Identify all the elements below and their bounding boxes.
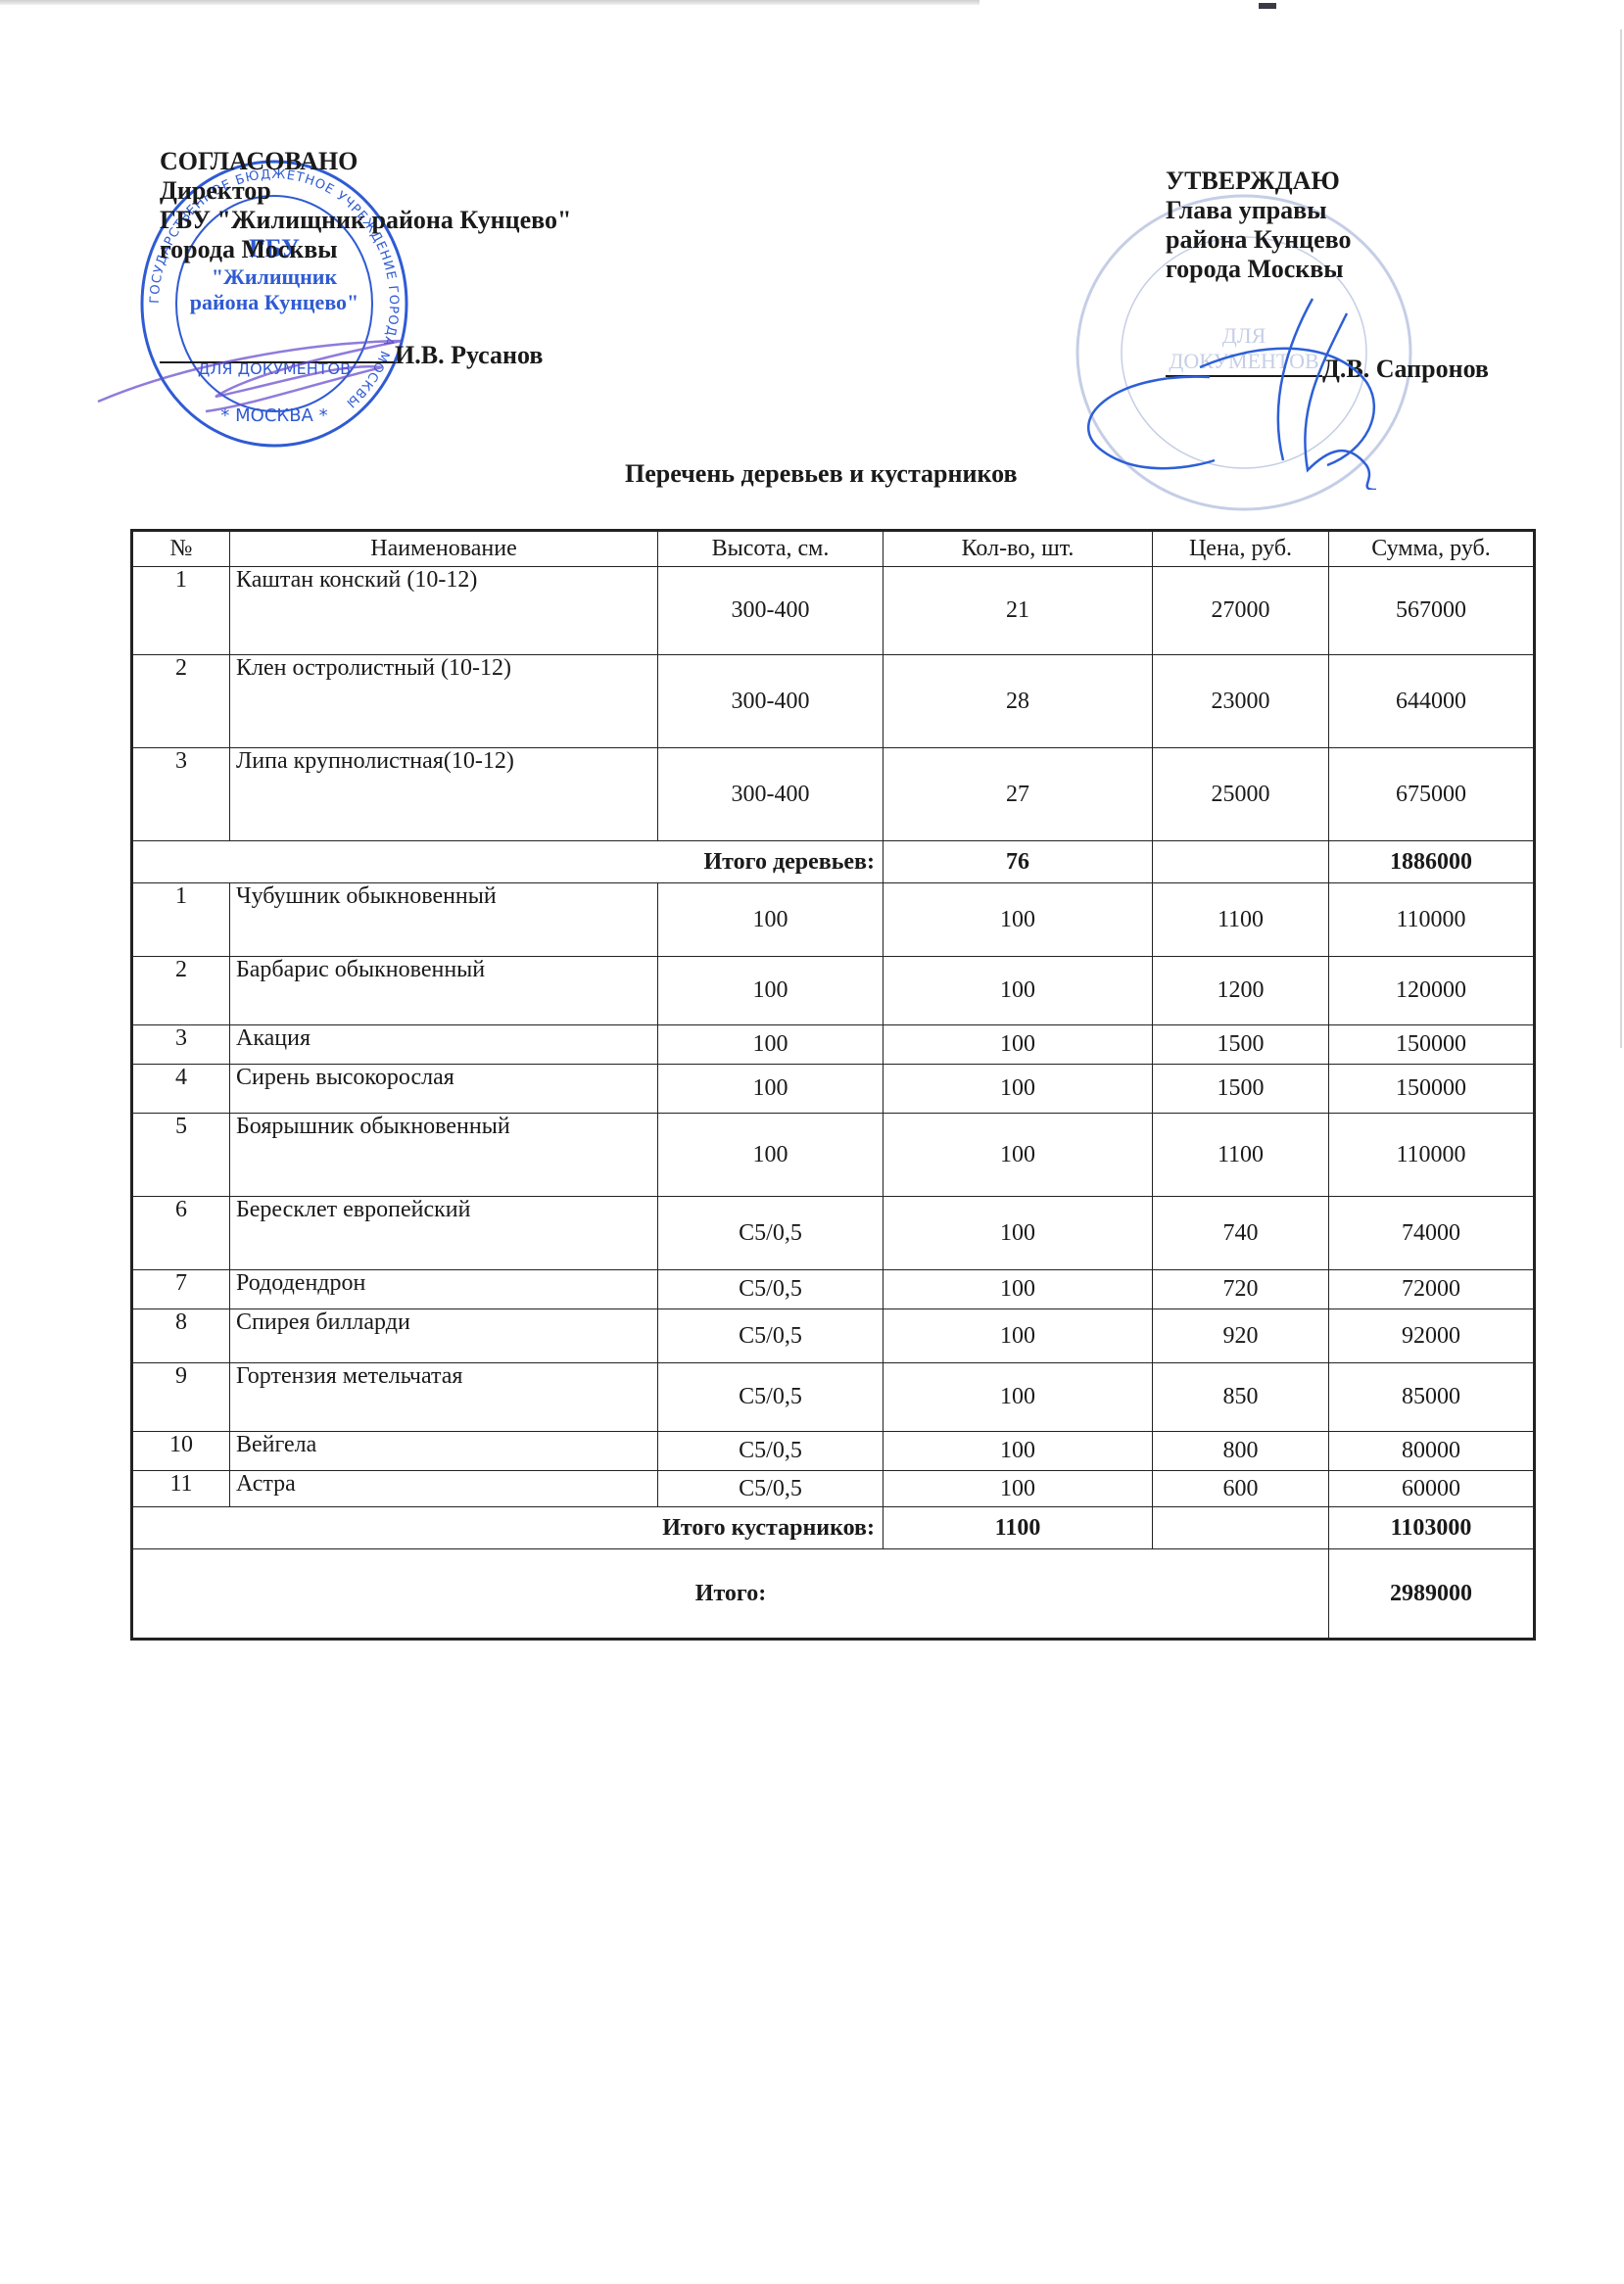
approval-right-line-3: города Москвы bbox=[1166, 255, 1352, 284]
subtotal-sum: 1886000 bbox=[1329, 841, 1535, 883]
item-number: 9 bbox=[132, 1363, 230, 1432]
item-price: 1500 bbox=[1153, 1025, 1329, 1065]
item-number: 1 bbox=[132, 883, 230, 957]
grand-total-sum: 2989000 bbox=[1329, 1549, 1535, 1640]
approval-right-signature-row: Д.В. Сапронов bbox=[1166, 355, 1489, 384]
shrub-row: 5Боярышник обыкновенный1001001100110000 bbox=[132, 1114, 1535, 1197]
item-height: 100 bbox=[658, 1065, 884, 1114]
item-sum: 80000 bbox=[1329, 1432, 1535, 1471]
item-price: 740 bbox=[1153, 1197, 1329, 1270]
item-number: 11 bbox=[132, 1471, 230, 1507]
item-height: 300-400 bbox=[658, 567, 884, 655]
item-quantity: 27 bbox=[884, 748, 1153, 841]
item-quantity: 100 bbox=[884, 883, 1153, 957]
item-name: Липа крупнолистная(10-12) bbox=[230, 748, 658, 841]
trees-total-row: Итого деревьев:761886000 bbox=[132, 841, 1535, 883]
item-number: 6 bbox=[132, 1197, 230, 1270]
shrubs-total-row: Итого кустарников:11001103000 bbox=[132, 1507, 1535, 1549]
item-price: 720 bbox=[1153, 1270, 1329, 1309]
shrub-row: 2Барбарис обыкновенный1001001200120000 bbox=[132, 957, 1535, 1025]
item-sum: 60000 bbox=[1329, 1471, 1535, 1507]
header-sum: Сумма, руб. bbox=[1329, 531, 1535, 567]
approval-right-heading: УТВЕРЖДАЮ bbox=[1166, 167, 1352, 196]
stamp-left-city: * МОСКВА * bbox=[220, 405, 327, 426]
approval-left-line-2: ГБУ "Жилищник района Кунцево" bbox=[160, 206, 571, 235]
subtotal-label: Итого кустарников: bbox=[132, 1507, 884, 1549]
item-name: Чубушник обыкновенный bbox=[230, 883, 658, 957]
signature-line bbox=[160, 360, 395, 363]
item-quantity: 100 bbox=[884, 1114, 1153, 1197]
item-price: 600 bbox=[1153, 1471, 1329, 1507]
item-sum: 92000 bbox=[1329, 1309, 1535, 1363]
item-name: Акация bbox=[230, 1025, 658, 1065]
approval-left-line-1: Директор bbox=[160, 176, 571, 206]
item-height: С5/0,5 bbox=[658, 1363, 884, 1432]
item-sum: 85000 bbox=[1329, 1363, 1535, 1432]
item-quantity: 100 bbox=[884, 1270, 1153, 1309]
shrub-row: 11АстраС5/0,510060060000 bbox=[132, 1471, 1535, 1507]
tree-row: 3Липа крупнолистная(10-12)300-4002725000… bbox=[132, 748, 1535, 841]
shrub-row: 1Чубушник обыкновенный1001001100110000 bbox=[132, 883, 1535, 957]
item-name: Каштан конский (10-12) bbox=[230, 567, 658, 655]
item-name: Барбарис обыкновенный bbox=[230, 957, 658, 1025]
item-sum: 675000 bbox=[1329, 748, 1535, 841]
item-price: 25000 bbox=[1153, 748, 1329, 841]
approval-right-line-1: Глава управы bbox=[1166, 196, 1352, 225]
item-number: 10 bbox=[132, 1432, 230, 1471]
subtotal-label: Итого деревьев: bbox=[132, 841, 884, 883]
tree-row: 1Каштан конский (10-12)300-4002127000567… bbox=[132, 567, 1535, 655]
item-quantity: 100 bbox=[884, 1363, 1153, 1432]
item-height: С5/0,5 bbox=[658, 1309, 884, 1363]
item-sum: 120000 bbox=[1329, 957, 1535, 1025]
item-sum: 110000 bbox=[1329, 1114, 1535, 1197]
approval-right-line-2: района Кунцево bbox=[1166, 225, 1352, 255]
item-name: Вейгела bbox=[230, 1432, 658, 1471]
stamp-right-center-1: ДЛЯ bbox=[1222, 323, 1266, 348]
item-price: 1100 bbox=[1153, 1114, 1329, 1197]
approval-left-signature-row: И.В. Русанов bbox=[160, 341, 543, 370]
item-height: 100 bbox=[658, 1025, 884, 1065]
item-quantity: 100 bbox=[884, 957, 1153, 1025]
item-price: 920 bbox=[1153, 1309, 1329, 1363]
shrub-row: 9Гортензия метельчатаяС5/0,510085085000 bbox=[132, 1363, 1535, 1432]
scan-mark bbox=[1259, 3, 1276, 9]
item-name: Сирень высокорослая bbox=[230, 1065, 658, 1114]
item-quantity: 100 bbox=[884, 1432, 1153, 1471]
item-number: 8 bbox=[132, 1309, 230, 1363]
shrub-row: 10ВейгелаС5/0,510080080000 bbox=[132, 1432, 1535, 1471]
items-table: № Наименование Высота, см. Кол-во, шт. Ц… bbox=[130, 529, 1533, 1641]
item-number: 2 bbox=[132, 655, 230, 748]
subtotal-sum: 1103000 bbox=[1329, 1507, 1535, 1549]
item-sum: 72000 bbox=[1329, 1270, 1535, 1309]
item-name: Рододендрон bbox=[230, 1270, 658, 1309]
item-price: 23000 bbox=[1153, 655, 1329, 748]
item-name: Боярышник обыкновенный bbox=[230, 1114, 658, 1197]
scan-edge-right bbox=[1620, 29, 1622, 1048]
approval-left-signatory: И.В. Русанов bbox=[395, 341, 543, 369]
item-number: 5 bbox=[132, 1114, 230, 1197]
shrub-row: 8Спирея биллардиС5/0,510092092000 bbox=[132, 1309, 1535, 1363]
tree-row: 2Клен остролистный (10-12)300-4002823000… bbox=[132, 655, 1535, 748]
item-number: 4 bbox=[132, 1065, 230, 1114]
item-sum: 150000 bbox=[1329, 1065, 1535, 1114]
item-number: 1 bbox=[132, 567, 230, 655]
item-height: 100 bbox=[658, 883, 884, 957]
item-name: Бересклет европейский bbox=[230, 1197, 658, 1270]
stamp-left-center-3: района Кунцево" bbox=[190, 290, 359, 314]
item-height: 300-400 bbox=[658, 748, 884, 841]
item-price: 850 bbox=[1153, 1363, 1329, 1432]
item-sum: 644000 bbox=[1329, 655, 1535, 748]
item-name: Спирея билларди bbox=[230, 1309, 658, 1363]
item-quantity: 100 bbox=[884, 1025, 1153, 1065]
shrub-row: 6Бересклет европейскийС5/0,510074074000 bbox=[132, 1197, 1535, 1270]
item-quantity: 100 bbox=[884, 1197, 1153, 1270]
item-height: 100 bbox=[658, 957, 884, 1025]
item-quantity: 100 bbox=[884, 1309, 1153, 1363]
grand-total-label: Итого: bbox=[132, 1549, 1329, 1640]
item-name: Астра bbox=[230, 1471, 658, 1507]
header-quantity: Кол-во, шт. bbox=[884, 531, 1153, 567]
approval-left-line-3: города Москвы bbox=[160, 235, 571, 264]
approval-left: СОГЛАСОВАНО Директор ГБУ "Жилищник район… bbox=[160, 147, 571, 264]
item-height: 100 bbox=[658, 1114, 884, 1197]
item-name: Гортензия метельчатая bbox=[230, 1363, 658, 1432]
item-price: 1200 bbox=[1153, 957, 1329, 1025]
item-quantity: 100 bbox=[884, 1065, 1153, 1114]
item-quantity: 100 bbox=[884, 1471, 1153, 1507]
item-number: 3 bbox=[132, 1025, 230, 1065]
item-quantity: 21 bbox=[884, 567, 1153, 655]
item-price: 1100 bbox=[1153, 883, 1329, 957]
item-height: С5/0,5 bbox=[658, 1197, 884, 1270]
shrub-row: 3Акация1001001500150000 bbox=[132, 1025, 1535, 1065]
item-quantity: 28 bbox=[884, 655, 1153, 748]
subtotal-quantity: 1100 bbox=[884, 1507, 1153, 1549]
header-name: Наименование bbox=[230, 531, 658, 567]
table-header-row: № Наименование Высота, см. Кол-во, шт. Ц… bbox=[132, 531, 1535, 567]
item-price: 27000 bbox=[1153, 567, 1329, 655]
item-sum: 567000 bbox=[1329, 567, 1535, 655]
item-number: 2 bbox=[132, 957, 230, 1025]
item-number: 3 bbox=[132, 748, 230, 841]
subtotal-price-empty bbox=[1153, 1507, 1329, 1549]
subtotal-quantity: 76 bbox=[884, 841, 1153, 883]
item-sum: 74000 bbox=[1329, 1197, 1535, 1270]
header-number: № bbox=[132, 531, 230, 567]
stamp-left-center-2: "Жилищник bbox=[212, 264, 338, 289]
item-height: С5/0,5 bbox=[658, 1471, 884, 1507]
approval-left-heading: СОГЛАСОВАНО bbox=[160, 147, 571, 176]
approval-right: УТВЕРЖДАЮ Глава управы района Кунцево го… bbox=[1166, 167, 1352, 284]
header-price: Цена, руб. bbox=[1153, 531, 1329, 567]
item-sum: 110000 bbox=[1329, 883, 1535, 957]
grand-total-row: Итого:2989000 bbox=[132, 1549, 1535, 1640]
document-title: Перечень деревьев и кустарников bbox=[625, 459, 1018, 489]
item-number: 7 bbox=[132, 1270, 230, 1309]
shrub-row: 4Сирень высокорослая1001001500150000 bbox=[132, 1065, 1535, 1114]
item-sum: 150000 bbox=[1329, 1025, 1535, 1065]
item-height: С5/0,5 bbox=[658, 1270, 884, 1309]
item-height: С5/0,5 bbox=[658, 1432, 884, 1471]
item-price: 800 bbox=[1153, 1432, 1329, 1471]
shrub-row: 7РододендронС5/0,510072072000 bbox=[132, 1270, 1535, 1309]
signature-line bbox=[1166, 374, 1322, 377]
subtotal-price-empty bbox=[1153, 841, 1329, 883]
scan-edge-top bbox=[0, 0, 979, 5]
approval-right-signatory: Д.В. Сапронов bbox=[1322, 355, 1489, 383]
item-name: Клен остролистный (10-12) bbox=[230, 655, 658, 748]
item-height: 300-400 bbox=[658, 655, 884, 748]
item-price: 1500 bbox=[1153, 1065, 1329, 1114]
header-height: Высота, см. bbox=[658, 531, 884, 567]
